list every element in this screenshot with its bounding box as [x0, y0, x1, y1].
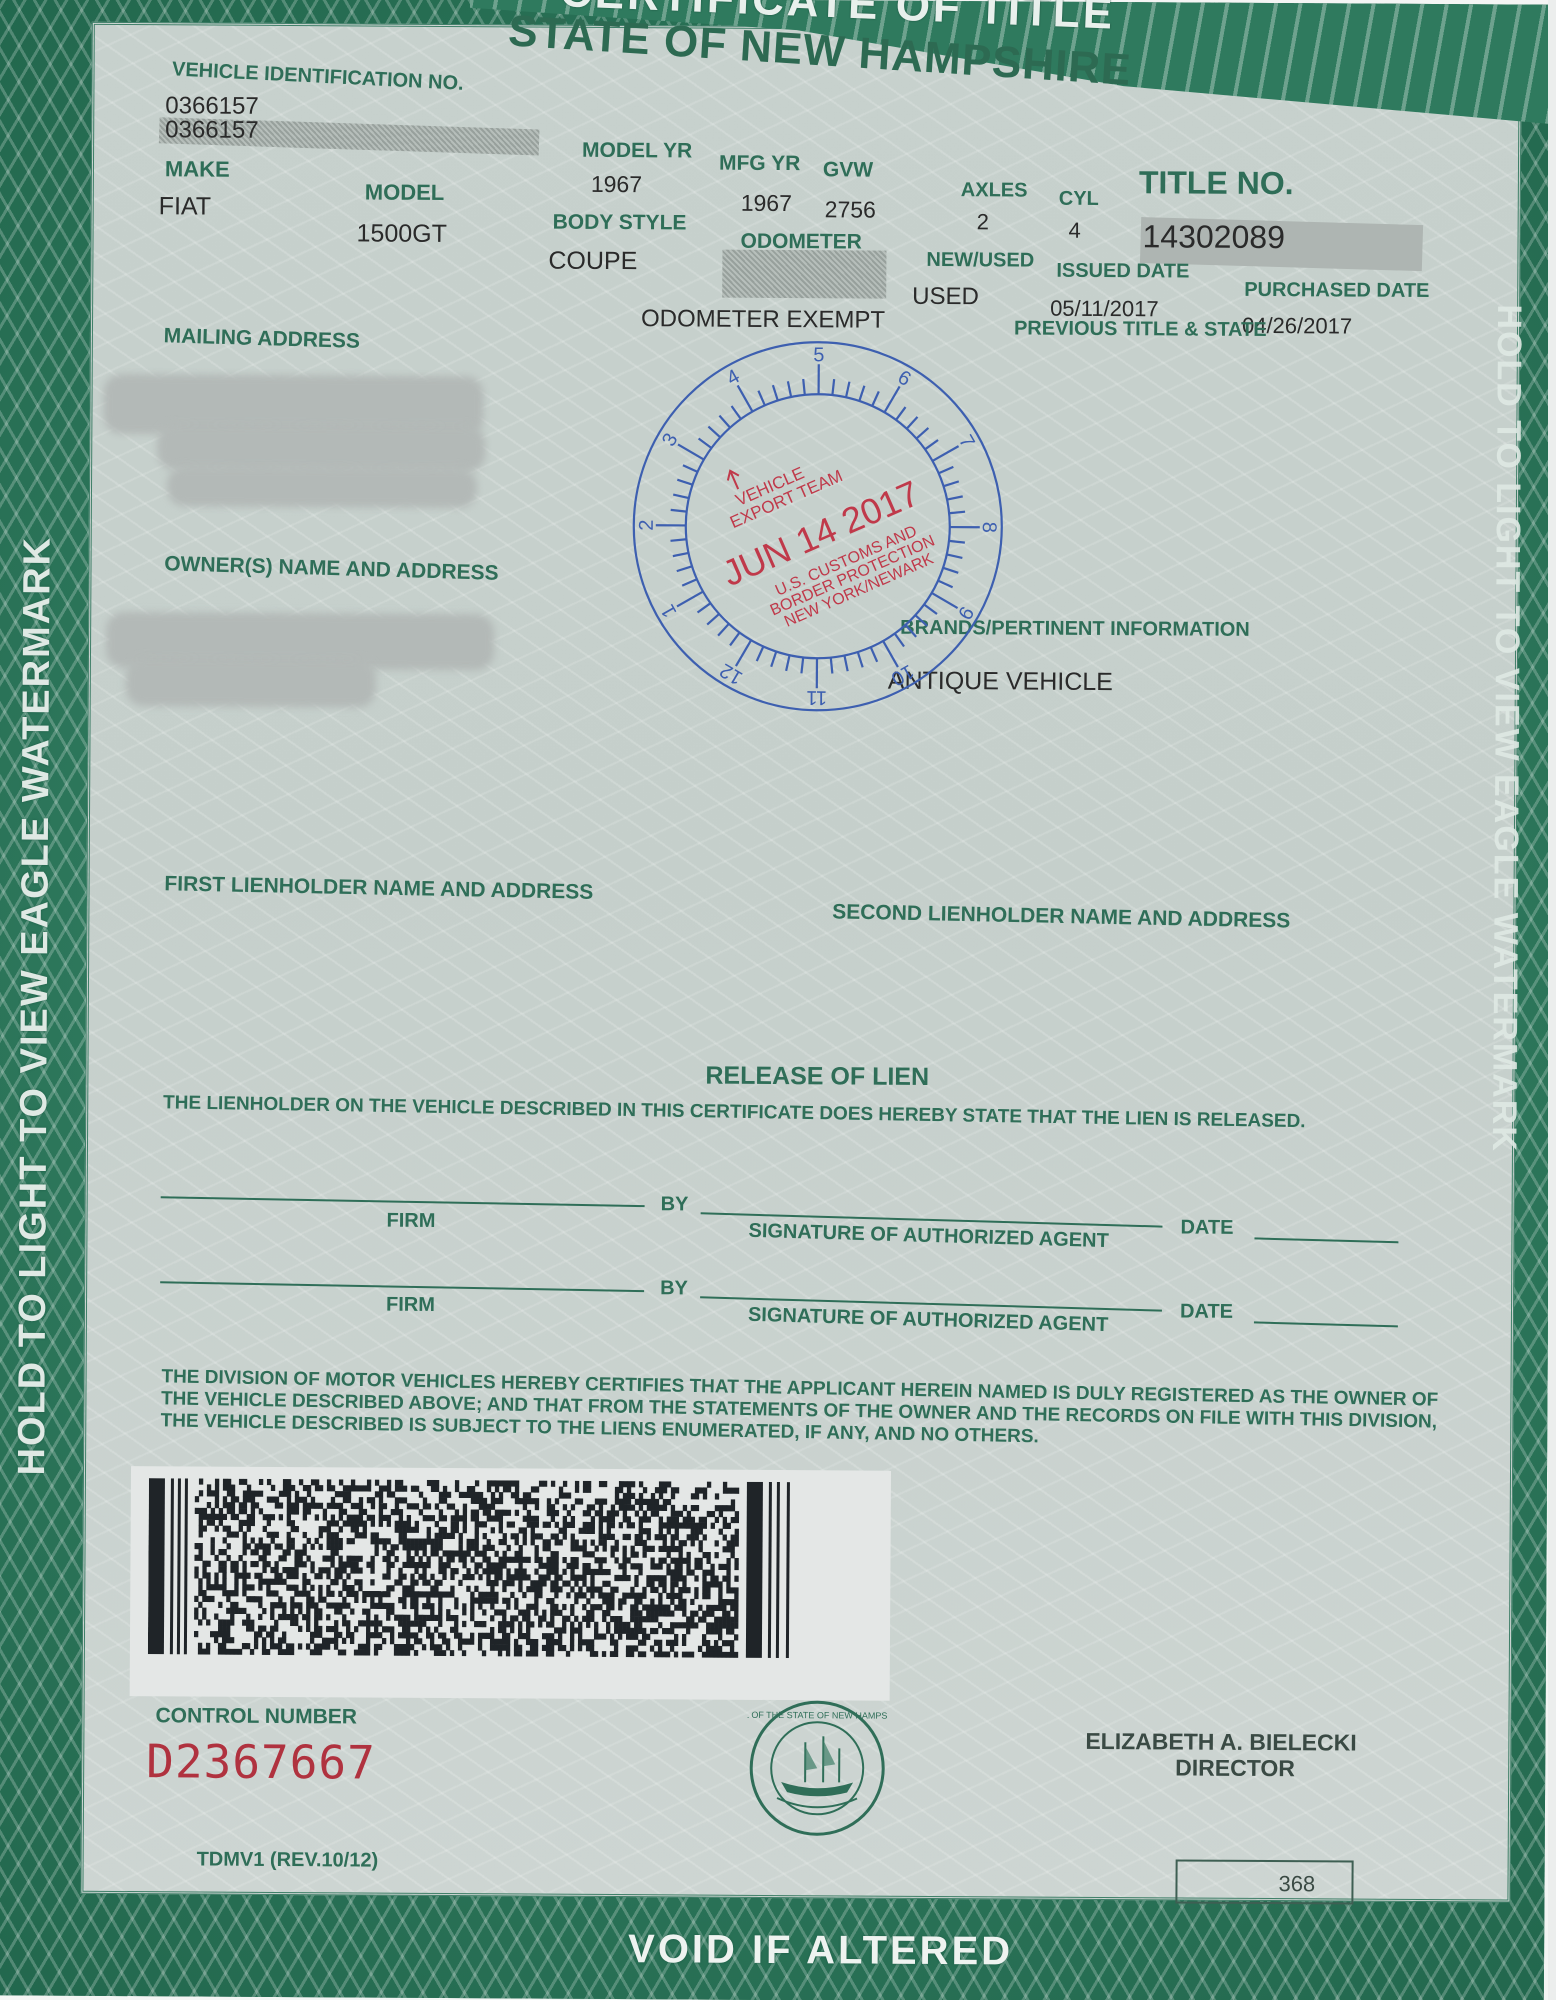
- odometer-shading: [722, 250, 886, 299]
- svg-text:6: 6: [894, 366, 915, 391]
- svg-text:10: 10: [887, 660, 917, 690]
- firm-label: FIRM: [386, 1210, 435, 1233]
- control-number-label: CONTROL NUMBER: [155, 1704, 357, 1729]
- model-value: 1500GT: [356, 219, 447, 249]
- release-of-lien-title: RELEASE OF LIEN: [705, 1062, 929, 1092]
- svg-text:11: 11: [806, 686, 827, 708]
- svg-text:4: 4: [723, 365, 744, 390]
- svg-text:8: 8: [978, 522, 1000, 533]
- svg-text:9: 9: [953, 602, 978, 623]
- svg-text:5: 5: [813, 344, 824, 366]
- svg-text:3: 3: [658, 429, 683, 450]
- pdf417-barcode: [148, 1478, 821, 1658]
- axles-label: AXLES: [961, 179, 1028, 202]
- odometer-status: ODOMETER EXEMPT: [641, 305, 885, 334]
- title-no-label: TITLE NO.: [1139, 164, 1294, 202]
- firm-label: FIRM: [386, 1294, 435, 1317]
- director-name: ELIZABETH A. BIELECKI: [1085, 1728, 1356, 1757]
- mfg-year-label: MFG YR: [719, 152, 800, 176]
- vin-value-line2: 0366157: [165, 116, 259, 145]
- model-year-value: 1967: [591, 171, 642, 198]
- side-watermark-text-right: HOLD TO LIGHT TO VIEW EAGLE WATERMARK: [1484, 304, 1528, 1153]
- cyl-value: 4: [1069, 218, 1081, 244]
- axles-value: 2: [977, 209, 989, 235]
- form-id: TDMV1 (REV.10/12): [197, 1848, 379, 1872]
- mfg-year-value: 1967: [741, 190, 792, 217]
- mailing-address-redacted-2: [157, 424, 485, 472]
- svg-text:12: 12: [716, 659, 746, 689]
- gvw-label: GVW: [823, 158, 873, 182]
- mailing-address-redacted-3: [167, 466, 477, 508]
- svg-text:1: 1: [657, 601, 682, 622]
- owner-address-redacted-2: [126, 658, 376, 708]
- void-if-altered-text: VOID IF ALTERED: [628, 1927, 1013, 1974]
- previous-title-label: PREVIOUS TITLE & STATE: [1014, 317, 1267, 342]
- body-style-label: BODY STYLE: [553, 211, 687, 236]
- date-label: DATE: [1180, 1216, 1233, 1239]
- director-title: DIRECTOR: [1175, 1754, 1295, 1782]
- cyl-label: CYL: [1059, 188, 1099, 211]
- sequence-number: 368: [1278, 1871, 1315, 1897]
- new-used-value: USED: [912, 283, 979, 311]
- model-label: MODEL: [365, 179, 445, 205]
- new-used-label: NEW/USED: [926, 249, 1034, 273]
- make-value: FIAT: [159, 192, 211, 221]
- background-edge: [1548, 0, 1556, 2000]
- gvw-value: 2756: [825, 196, 876, 223]
- sequence-number-box: [1175, 1859, 1353, 1904]
- body-style-value: COUPE: [548, 247, 637, 277]
- title-no-value: 14302089: [1142, 218, 1285, 256]
- model-year-label: MODEL YR: [582, 139, 692, 164]
- control-number-value: D2367667: [146, 1734, 376, 1789]
- make-label: MAKE: [165, 156, 230, 182]
- certificate-of-title: CERTIFICATE OF TITLE HOLD TO LIGHT TO VI…: [0, 0, 1556, 2000]
- side-watermark-text: HOLD TO LIGHT TO VIEW EAGLE WATERMARK: [11, 536, 60, 1476]
- issued-date-label: ISSUED DATE: [1056, 260, 1189, 284]
- svg-text:2: 2: [636, 520, 658, 531]
- by-label: BY: [660, 1277, 688, 1300]
- svg-text:7: 7: [954, 431, 979, 452]
- by-label: BY: [661, 1193, 689, 1216]
- date-label: DATE: [1180, 1300, 1233, 1323]
- customs-export-stamp: 123456789101112 VEHICLE EXPORT TEAM JUN …: [629, 337, 1007, 715]
- purchased-date-label: PURCHASED DATE: [1244, 279, 1429, 303]
- state-seal-icon: SEAL OF THE STATE OF NEW HAMPSHIRE: [747, 1698, 888, 1839]
- svg-text:SEAL OF THE STATE OF NEW HAMPS: SEAL OF THE STATE OF NEW HAMPSHIRE: [747, 1710, 888, 1721]
